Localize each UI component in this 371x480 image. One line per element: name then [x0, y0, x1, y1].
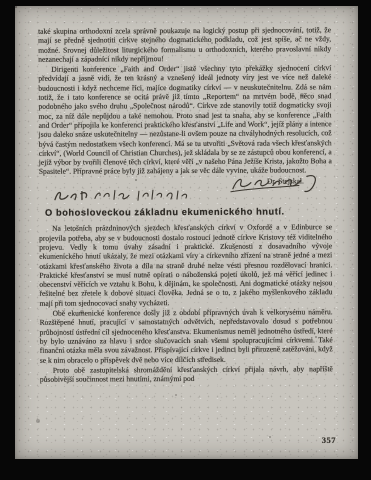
handwriting-band — [39, 186, 332, 209]
paragraph-continuation: také skupina orthodoxní zcela správně po… — [38, 25, 331, 64]
page-number: 357 — [322, 435, 336, 445]
book-page: také skupina orthodoxní zcela správně po… — [15, 6, 358, 459]
handwritten-signature-icon — [227, 170, 322, 196]
section-paragraph-proposal: Proto obě zastupitelská shromáždění křes… — [40, 364, 333, 384]
page-text-column: také skupina orthodoxní zcela správně po… — [38, 25, 333, 385]
paragraph-dirigenti: Dirigenti konference „Faith and Order“ j… — [38, 63, 332, 176]
section-heading: O bohosloveckou základnu ekumenického hn… — [39, 207, 332, 218]
handwritten-note-icon — [51, 187, 201, 206]
section-paragraph-oxford: Na letošních prázdninových sjezdech křes… — [39, 223, 332, 308]
section-paragraph-conferences: Obě ekumenické konference došly již z ob… — [40, 307, 333, 364]
scan-noise-specks — [15, 6, 17, 8]
scanned-book-page-photo: { "page": { "number": "357", "top_fragme… — [0, 0, 371, 480]
